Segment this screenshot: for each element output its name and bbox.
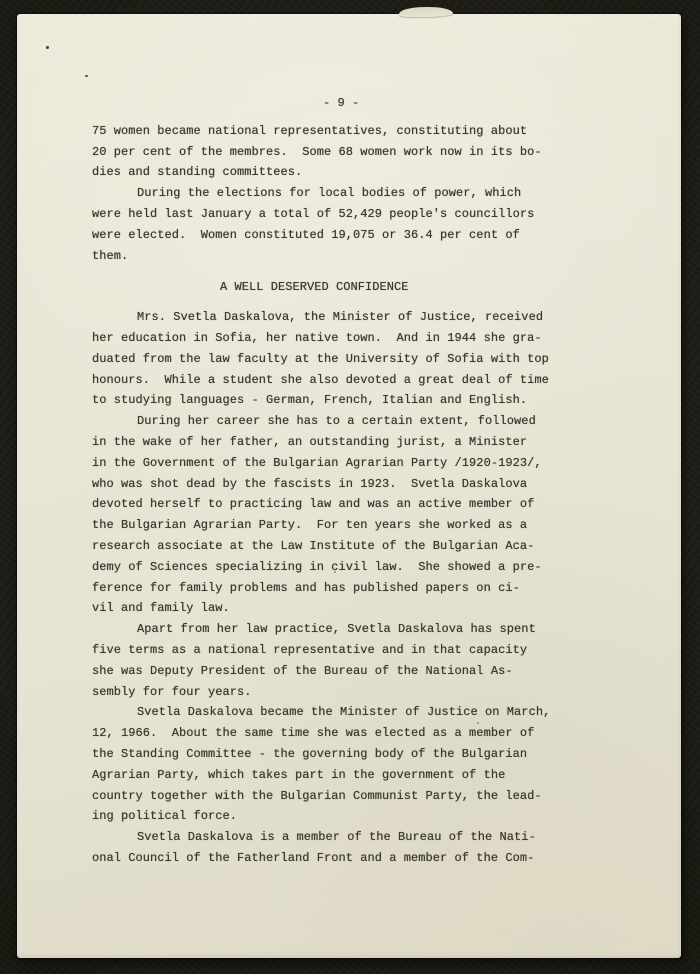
text-line: her education in Sofia, her native town.… <box>92 328 550 349</box>
text-line: vil and family law. <box>92 598 550 619</box>
text-line: Mrs. Svetla Daskalova, the Minister of J… <box>92 307 550 328</box>
paper-speck <box>85 75 88 77</box>
text-line: in the Government of the Bulgarian Agrar… <box>92 453 550 474</box>
section-heading: A WELL DESERVED CONFIDENCE <box>92 277 550 298</box>
text-line: 75 women became national representatives… <box>92 121 550 142</box>
text-line: country together with the Bulgarian Comm… <box>92 786 550 807</box>
text-line: research associate at the Law Institute … <box>92 536 550 557</box>
text-line: sembly for four years. <box>92 682 550 703</box>
text-line: duated from the law faculty at the Unive… <box>92 349 550 370</box>
photo-mat-background: - 9 -75 women became national representa… <box>0 0 700 974</box>
text-line: ference for family problems and has publ… <box>92 578 550 599</box>
text-line: she was Deputy President of the Bureau o… <box>92 661 550 682</box>
text-line: who was shot dead by the fascists in 192… <box>92 474 550 495</box>
text-line: ing political force. <box>92 806 550 827</box>
text-line: Apart from her law practice, Svetla Dask… <box>92 619 550 640</box>
text-line: Agrarian Party, which takes part in the … <box>92 765 550 786</box>
document-page: - 9 -75 women became national representa… <box>17 14 681 958</box>
text-line: During the elections for local bodies of… <box>92 183 550 204</box>
page-number: - 9 - <box>92 93 550 114</box>
text-line: were held last January a total of 52,429… <box>92 204 550 225</box>
text-line: in the wake of her father, an outstandin… <box>92 432 550 453</box>
text-line: 12, 1966. About the same time she was el… <box>92 723 550 744</box>
text-line: onal Council of the Fatherland Front and… <box>92 848 550 869</box>
paper-speck <box>46 46 49 49</box>
text-line: 20 per cent of the membres. Some 68 wome… <box>92 142 550 163</box>
paper-speck <box>477 722 479 724</box>
text-line: Svetla Daskalova is a member of the Bure… <box>92 827 550 848</box>
text-line: them. <box>92 246 550 267</box>
text-line: Svetla Daskalova became the Minister of … <box>92 702 550 723</box>
text-line: five terms as a national representative … <box>92 640 550 661</box>
text-line: During her career she has to a certain e… <box>92 411 550 432</box>
text-line: demy of Sciences specializing in civil l… <box>92 557 550 578</box>
text-line: to studying languages - German, French, … <box>92 390 550 411</box>
text-line: devoted herself to practicing law and wa… <box>92 494 550 515</box>
text-line: were elected. Women constituted 19,075 o… <box>92 225 550 246</box>
text-line: the Bulgarian Agrarian Party. For ten ye… <box>92 515 550 536</box>
paper-speck <box>334 571 336 573</box>
text-line: the Standing Committee - the governing b… <box>92 744 550 765</box>
text-line: honours. While a student she also devote… <box>92 370 550 391</box>
text-line: dies and standing committees. <box>92 162 550 183</box>
typewritten-text-block: - 9 -75 women became national representa… <box>92 93 550 869</box>
